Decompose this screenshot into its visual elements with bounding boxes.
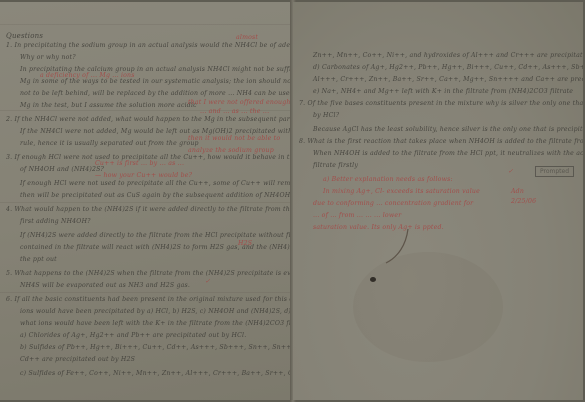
red-annotation: due to conforming ... concentration grad…: [313, 200, 473, 207]
stamp-label: Prompted: [535, 166, 574, 177]
handwritten-line: ions would have been precipitated by a) …: [20, 308, 292, 315]
handwritten-line: Why or why not?: [20, 54, 76, 61]
handwritten-line: Mg in some of the ways to be tested in o…: [20, 78, 292, 85]
red-annotation: a) Better explanation needs as follows:: [323, 176, 453, 183]
ruled-line: [0, 24, 292, 25]
red-annotation: a deficiency of ... Mg ... ions: [40, 72, 135, 79]
handwritten-line: of NH4OH and (NH4)2S?: [20, 166, 104, 173]
handwritten-line: Because AgCl has the least solubility, h…: [313, 126, 583, 133]
handwritten-line: Zn++, Mn++, Co++, Ni++, and hydroxides o…: [313, 52, 583, 59]
handwritten-line: b) Sulfides of Pb++, Hg++, Bi+++, Cu++, …: [20, 344, 292, 351]
handwritten-line: When NH4OH is added to the filtrate from…: [313, 150, 583, 157]
handwritten-line: If the NH4Cl were not added, Mg would be…: [20, 128, 292, 135]
red-annotation: ... of ... from ... ... ... lower: [313, 212, 401, 219]
handwritten-line: d) Carbonates of Ag+, Hg2++, Pb++, Hg++,…: [313, 64, 583, 71]
red-annotation: H2S: [238, 240, 252, 247]
red-annotation: ✓: [508, 168, 513, 175]
red-annotation: almost: [236, 34, 258, 41]
handwritten-line: c) Sulfides of Fe++, Co++, Ni++, Mn++, Z…: [20, 370, 292, 377]
right-page: Zn++, Mn++, Co++, Ni++, and hydroxides o…: [293, 2, 583, 400]
red-annotation: In mixing Ag+, Cl- exceeds its saturatio…: [323, 188, 480, 195]
red-annotation: Adn: [511, 188, 524, 195]
red-annotation: then it would not be able to: [188, 135, 280, 142]
handwritten-line: 7. Of the five bases constituents presen…: [299, 100, 583, 107]
handwritten-line: Cd++ are precipitated out by H2S: [20, 356, 135, 363]
red-annotation: ✓: [205, 278, 210, 285]
page-heading: Questions: [6, 32, 43, 40]
handwritten-line: first adding NH4OH?: [20, 218, 91, 225]
handwritten-line: 4. What would happen to the (NH4)2S if i…: [6, 206, 292, 213]
handwritten-line: filtrate firstly: [313, 162, 358, 169]
handwritten-line: what ions would have been left with the …: [20, 320, 292, 327]
handwritten-line: not to be left behind, will be replaced …: [20, 90, 292, 97]
red-annotation: 2/25/06: [511, 198, 536, 205]
handwritten-line: then will be precipitated out as CuS aga…: [20, 192, 292, 199]
red-annotation: — how your Cu++ would be?: [95, 172, 192, 179]
handwritten-line: e) Na+, NH4+ and Mg++ left with K+ in th…: [313, 88, 573, 95]
red-annotation: Cu++ is first ... by ... as ...: [95, 160, 184, 167]
handwritten-line: 5. What happens to the (NH4)2S when the …: [6, 270, 292, 277]
handwritten-line: a) Chlorides of Ag+, Hg2++ and Pb++ are …: [20, 332, 246, 339]
handwritten-line: rule, hence it is usually separated out …: [20, 140, 199, 147]
red-annotation: ... and ... as ... the ...: [200, 108, 269, 115]
paper-stain: [353, 252, 503, 362]
handwritten-line: If (NH4)2S were added directly to the fi…: [20, 232, 292, 239]
handwritten-line: the ppt out: [20, 256, 57, 263]
handwritten-line: Mg in the test, but I assume the solutio…: [20, 102, 197, 109]
handwritten-line: 1. In precipitating the sodium group in …: [6, 42, 292, 49]
left-page: Questions 1. In precipitating the sodium…: [0, 2, 292, 400]
handwritten-line: Al+++, Cr+++, Zn++, Ba++, Sr++, Ca++, Mg…: [313, 76, 583, 83]
ruled-line: [0, 292, 292, 293]
handwritten-line: NH4S will be evaporated out as NH3 and H…: [20, 282, 190, 289]
handwritten-line: 6. If all the basic constituents had bee…: [6, 296, 292, 303]
red-annotation: analyze the sodium group: [188, 147, 274, 154]
handwritten-line: 2. If the NH4Cl were not added, what wou…: [6, 116, 292, 123]
handwritten-line: by HCl?: [313, 112, 339, 119]
notebook-spread: Questions 1. In precipitating the sodium…: [0, 0, 585, 402]
red-annotation: that I were not offered enough: [188, 99, 291, 106]
handwritten-line: 8. What is the first reaction that takes…: [299, 138, 583, 145]
ruled-line: [0, 202, 292, 203]
handwritten-line: If enough HCl were not used to precipita…: [20, 180, 292, 187]
